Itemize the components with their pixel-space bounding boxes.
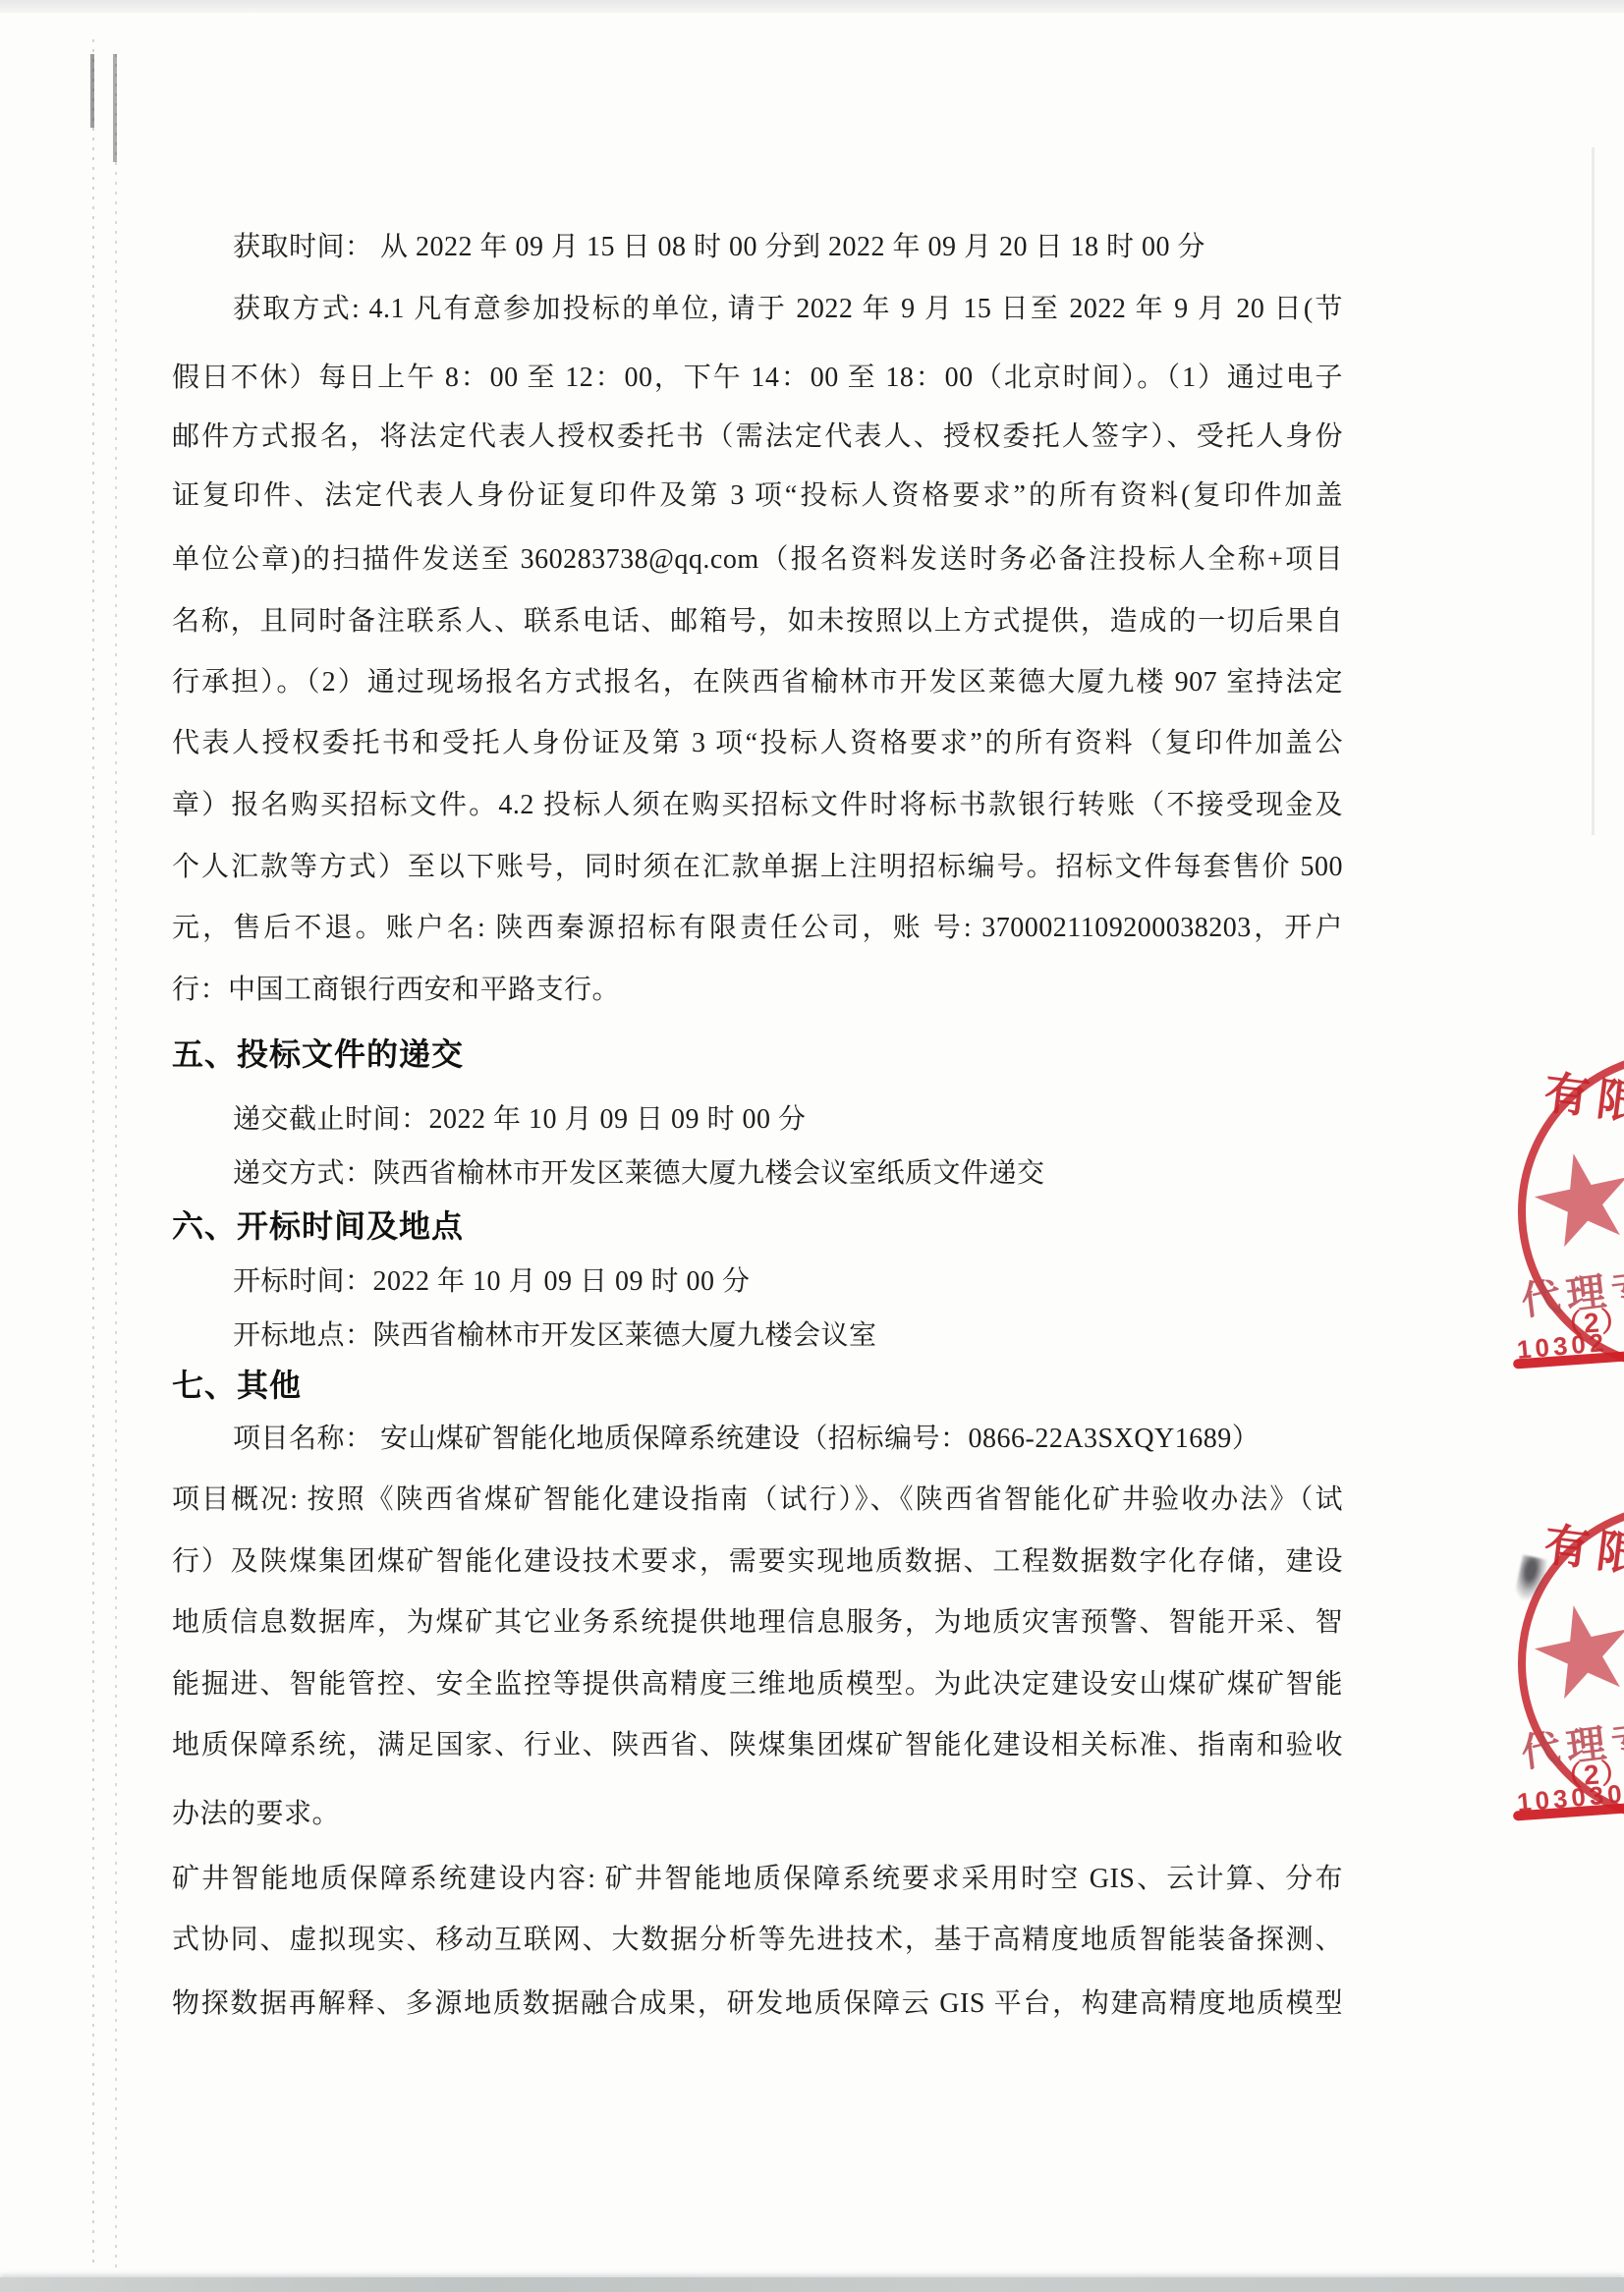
section-heading-opening: 六、开标时间及地点 — [172, 1196, 1343, 1257]
scan-artifact-tick — [113, 54, 117, 162]
scan-top-band — [0, 0, 1624, 13]
document-line: 能掘进、智能管控、安全监控等提供高精度三维地质模型。为此决定建设安山煤矿煤矿智能 — [172, 1654, 1343, 1715]
document-line: 名称，且同时备注联系人、联系电话、邮箱号，如未按照以上方式提供，造成的一切后果自 — [172, 591, 1343, 652]
scan-edge-shadow — [1592, 147, 1595, 835]
scan-artifact-line — [92, 39, 94, 2269]
document-line: 获取方式: 4.1 凡有意参加投标的单位, 请于 2022 年 9 月 15 日… — [172, 279, 1343, 340]
document-line: 个人汇款等方式）至以下账号，同时须在汇款单据上注明招标编号。招标文件每套售价 5… — [172, 837, 1343, 898]
document-line: 邮件方式报名，将法定代表人授权委托书（需法定代表人、授权委托人签字）、受托人身份 — [172, 407, 1343, 468]
document-line: 项目名称： 安山煤矿智能化地质保障系统建设（招标编号：0866-22A3SXQY… — [172, 1409, 1343, 1470]
document-line: 式协同、虚拟现实、移动互联网、大数据分析等先进技术，基于高精度地质智能装备探测、 — [172, 1910, 1343, 1971]
seal-arc-text: 有限 — [1540, 1509, 1624, 1587]
document-line: 代表人授权委托书和受托人身份证及第 3 项“投标人资格要求”的所有资料（复印件加… — [172, 713, 1343, 774]
document-line: 地质保障系统，满足国家、行业、陕西省、陕煤集团煤矿智能化建设相关标准、指南和验收 — [172, 1715, 1343, 1776]
red-seal-stamp-2: 有限 代理专 （2） 103030 — [1513, 1493, 1624, 1827]
document-line: 行承担）。（2）通过现场报名方式报名，在陕西省榆林市开发区莱德大厦九楼 907 … — [172, 652, 1343, 713]
document-line: 假日不休）每日上午 8：00 至 12：00，下午 14：00 至 18：00（… — [172, 348, 1343, 409]
document-line: 项目概况: 按照《陕西省煤矿智能化建设指南（试行）》、《陕西省智能化矿井验收办法… — [172, 1470, 1343, 1531]
document-line: 矿井智能地质保障系统建设内容: 矿井智能地质保障系统要求采用时空 GIS、云计算… — [172, 1849, 1343, 1910]
document-line: 物探数据再解释、多源地质数据融合成果，研发地质保障云 GIS 平台，构建高精度地… — [172, 1974, 1343, 2035]
document-line: 办法的要求。 — [172, 1784, 1343, 1845]
section-heading-submission: 五、投标文件的递交 — [172, 1024, 1343, 1085]
scan-bottom-band — [0, 2277, 1624, 2292]
document-line: 元，售后不退。账户名: 陕西秦源招标有限责任公司，账 号: 3700021109… — [172, 898, 1343, 959]
document-line: 证复印件、法定代表人身份证复印件及第 3 项“投标人资格要求”的所有资料(复印件… — [172, 466, 1343, 527]
document-line: 行：中国工商银行西安和平路支行。 — [172, 960, 1343, 1021]
seal-arc-text: 有限 — [1540, 1057, 1624, 1135]
document-line: 递交截止时间：2022 年 10 月 09 日 09 时 00 分 — [172, 1090, 1343, 1150]
section-heading-other: 七、其他 — [172, 1355, 1343, 1416]
document-line: 单位公章)的扫描件发送至 360283738@qq.com（报名资料发送时务必备… — [172, 530, 1343, 590]
document-line: 章）报名购买招标文件。4.2 投标人须在购买招标文件时将标书款银行转账（不接受现… — [172, 775, 1343, 836]
scan-artifact-tick — [90, 54, 94, 128]
document-line: 开标时间：2022 年 10 月 09 日 09 时 00 分 — [172, 1252, 1343, 1313]
scan-artifact-line — [115, 54, 117, 2269]
document-page: 获取时间： 从 2022 年 09 月 15 日 08 时 00 分到 2022… — [0, 0, 1624, 2292]
red-seal-stamp-1: 有限 代理专 （2） 10302 — [1513, 1041, 1624, 1375]
document-line: 地质信息数据库，为煤矿其它业务系统提供地理信息服务，为地质灾害预警、智能开采、智 — [172, 1593, 1343, 1653]
document-line: 获取时间： 从 2022 年 09 月 15 日 08 时 00 分到 2022… — [172, 217, 1343, 278]
document-line: 行）及陕煤集团煤矿智能化建设技术要求，需要实现地质数据、工程数据数字化存储，建设 — [172, 1532, 1343, 1593]
